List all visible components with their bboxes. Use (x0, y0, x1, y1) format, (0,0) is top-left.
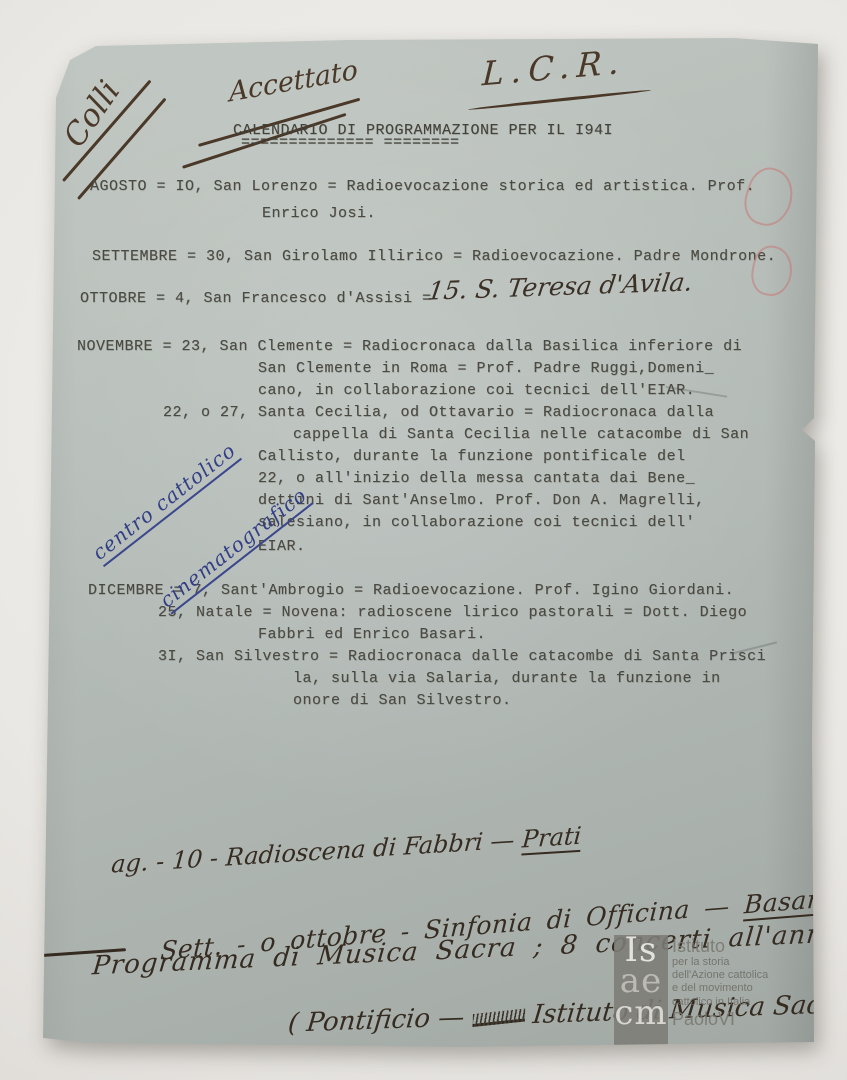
note-text: ( Pontificio — (287, 1002, 474, 1039)
typed-line-ottobre: OTTOBRE = 4, San Francesco d'Assisi = (80, 290, 432, 307)
typed-line-settembre: SETTEMBRE = 30, San Girolamo Illirico = … (92, 248, 776, 265)
watermark-line: per la storia (672, 956, 842, 969)
note-text: ag. - 10 - Radioscena di Fabbri — (110, 825, 523, 878)
typed-line-agosto: AGOSTO = IO, San Lorenzo = Radioevocazio… (90, 178, 755, 195)
watermark-line: dell'Azione cattolica (672, 969, 842, 982)
watermark-text-block: Istituto per la storia dell'Azione catto… (672, 936, 842, 1029)
watermark-line: cattolico in Italia (672, 996, 842, 1009)
typed-line: Enrico Josi. (262, 205, 376, 222)
note-dash: — (827, 881, 847, 913)
note-underlined-basari: Basari (743, 884, 829, 922)
document-paper: Colli Accettato L.C.R. CALENDARIO DI PRO… (30, 38, 820, 1048)
note-underlined-prati: Prati (521, 822, 583, 856)
typed-line: 3I, San Silvestro = Radiocronaca dalle c… (158, 648, 766, 665)
typed-line-novembre: NOVEMBRE = 23, San Clemente = Radiocrona… (77, 338, 742, 355)
handwritten-initials: L.C.R. (481, 42, 627, 94)
handwritten-approval: Accettato (228, 55, 359, 109)
typed-line: la, sulla via Salaria, durante la funzio… (293, 670, 721, 687)
typed-line: Fabbri ed Enrico Basari. (258, 626, 486, 643)
paper-shadow: Colli Accettato L.C.R. CALENDARIO DI PRO… (0, 0, 847, 1080)
title-underline: ============== ======== (241, 134, 460, 151)
handwritten-name-colli: Colli (44, 56, 140, 172)
struck-out-word-scribble (472, 1009, 525, 1027)
handwritten-teresa-addition: 15. S. Teresa d'Avila. (426, 267, 695, 305)
watermark-acronym-row: cm (614, 998, 668, 1029)
red-pencil-mark (738, 162, 800, 231)
typed-line: San Clemente in Roma = Prof. Padre Ruggi… (258, 360, 714, 377)
watermark-line: e del movimento (672, 982, 842, 995)
watermark-istituto: Istituto (672, 936, 842, 956)
typed-line: cano, in collaborazione coi tecnici dell… (258, 382, 695, 399)
photo-backdrop: Colli Accettato L.C.R. CALENDARIO DI PRO… (0, 0, 847, 1080)
watermark-paolovi: PaoloVI (672, 1009, 842, 1029)
watermark-acronym-block: Is ae cm (614, 935, 668, 1075)
typed-line: onore di San Silvestro. (293, 692, 512, 709)
typed-line: cappella di Santa Cecilia nelle catacomb… (293, 426, 749, 443)
